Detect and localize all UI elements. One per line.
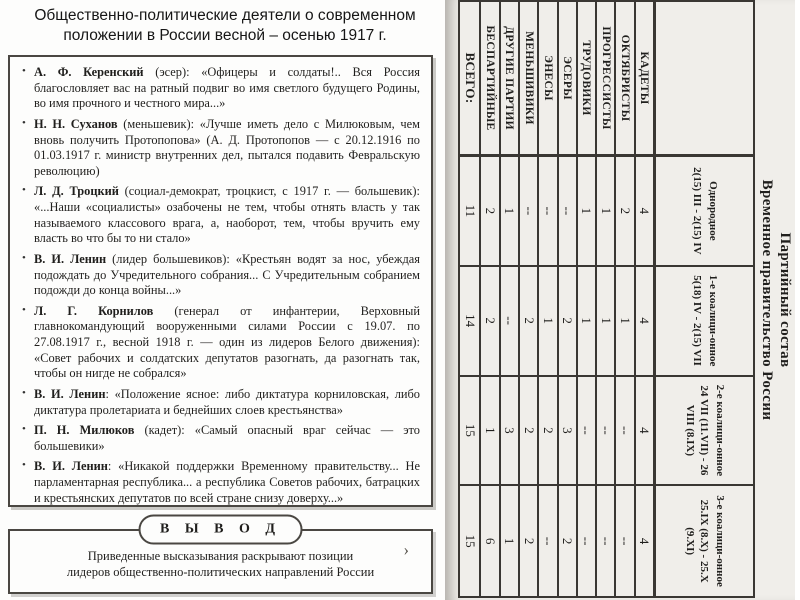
quote-item: П. Н. Милюков (кадет): «Самый опасный вр… [22,423,420,454]
value-cell: 3 [557,377,576,487]
table-corner-cell [653,2,753,157]
period-header-cell: 2-е коалици-онное 24 VII (11.VII) - 26 V… [653,377,753,487]
value-cell: 4 [634,157,653,267]
value-cell: 1 [537,267,556,377]
period-name: 2-е коалици-онное [713,385,726,477]
value-cell: 14 [460,267,479,377]
speaker-name: П. Н. Милюков [34,423,134,437]
value-cell: 6 [479,486,498,596]
conclusion-label: В Ы В О Д [138,515,303,545]
quote-item: Н. Н. Суханов (меньшевик): «Лучше иметь … [22,117,420,180]
quote-item: А. Ф. Керенский (эсер): «Офицеры и солда… [22,65,420,112]
conclusion-line1: Приведенные высказывания раскрывают пози… [10,548,431,564]
value-cell: 11 [460,157,479,267]
value-cell: 2 [614,157,633,267]
value-cell: -- [595,486,614,596]
value-cell: 1 [595,267,614,377]
speaker-name: Н. Н. Суханов [34,117,118,131]
conclusion-text: Приведенные высказывания раскрывают пози… [10,548,431,581]
rotated-table-inner: Партийный состав Временное правительство… [458,0,794,600]
value-cell: 4 [634,267,653,377]
speaker-name: А. Ф. Керенский [34,65,144,79]
value-cell: 1 [595,157,614,267]
conclusion-box: В Ы В О Д Приведенные высказывания раскр… [8,529,433,594]
brace-mark: › [403,540,409,560]
period-name: 3-е коалици-онное [713,495,726,587]
speaker-name: В. И. Ленин [34,252,106,266]
party-name-cell: ОКТЯБРИСТЫ [614,2,633,157]
value-cell: 1 [499,486,518,596]
value-cell: 1 [479,377,498,487]
party-name-cell: ТРУДОВИКИ [576,2,595,157]
period-name: 1-е коалици-онное [706,275,719,367]
quote-item: В. И. Ленин: «Никакой поддержки Временно… [22,459,420,506]
value-cell: 2 [479,157,498,267]
slide-screenshot: Общественно-политические деятели о совре… [0,0,800,600]
value-cell: 1 [576,157,595,267]
party-name-cell: ЭСЕРЫ [557,2,576,157]
value-cell: 1 [614,267,633,377]
speaker-name: Л. Г. Корнилов [34,304,153,318]
period-dates: 25.IX (8.X) - 25.X (9.XI) [683,490,709,592]
party-name-cell: МЕНЬШИВИКИ [518,2,537,157]
speaker-name: В. И. Ленин [34,459,108,473]
value-cell: -- [499,267,518,377]
party-name-cell-total: ВСЕГО: [460,2,479,157]
value-cell: 15 [460,486,479,596]
period-dates: 24 VII (11.VII) - 26 VIII (8.IX) [683,381,709,481]
value-cell: 1 [499,157,518,267]
value-cell: 2 [537,377,556,487]
quote-item: Л. Д. Троцкий (социал-демократ, троцкист… [22,184,420,247]
quote-item: В. И. Ленин (лидер большевиков): «Кресть… [22,252,420,299]
conclusion-line2: лидеров общественно-политических направл… [10,564,431,580]
value-cell: 2 [518,267,537,377]
value-cell: 15 [460,377,479,487]
party-name-cell: ДРУГИЕ ПАРТИИ [499,2,518,157]
slide-title-line2: положении в России весной – осенью 1917 … [0,26,450,46]
table-page-title-main: Временное правительство России [758,0,776,600]
period-dates: 5(18) IV - 2(15) VII [690,275,703,366]
slide-title-line1: Общественно-политические деятели о совре… [0,6,450,26]
table-page-subtitle: Партийный состав [776,0,794,600]
value-cell: -- [595,377,614,487]
value-cell: -- [614,377,633,487]
rotated-table-area: Партийный состав Временное правительство… [458,0,795,600]
value-cell: -- [537,157,556,267]
period-name: Однородное [706,181,719,240]
party-name-cell: ЭНЕСЫ [537,2,556,157]
period-header-cell: 3-е коалици-онное 25.IX (8.X) - 25.X (9.… [653,486,753,596]
party-composition-table: Однородное 2(15) III - 2(15) IV 1-е коал… [458,0,755,598]
table-page-title: Партийный состав Временное правительство… [758,0,794,600]
value-cell: 3 [499,377,518,487]
period-dates: 2(15) III - 2(15) IV [690,167,703,254]
period-header-cell: 1-е коалици-онное 5(18) IV - 2(15) VII [653,267,753,377]
value-cell: -- [614,486,633,596]
value-cell: 4 [634,377,653,487]
party-name-cell: БЕСПАРТИЙНЫЕ [479,2,498,157]
value-cell: 2 [518,377,537,487]
quote-item: В. И. Ленин: «Положение ясное: либо дикт… [22,387,420,418]
value-cell: 2 [557,486,576,596]
value-cell: 4 [634,486,653,596]
quotes-box: А. Ф. Керенский (эсер): «Офицеры и солда… [8,55,433,507]
speaker-name: В. И. Ленин [34,387,105,401]
value-cell: -- [576,377,595,487]
party-name-cell: КАДЕТЫ [634,2,653,157]
value-cell: 2 [479,267,498,377]
slide-left-panel: Общественно-политические деятели о совре… [0,0,445,600]
value-cell: -- [557,157,576,267]
value-cell: 2 [518,486,537,596]
value-cell: -- [537,486,556,596]
party-name-cell: ПРОГРЕССИСТЫ [595,2,614,157]
period-header-cell: Однородное 2(15) III - 2(15) IV [653,157,753,267]
value-cell: 1 [576,267,595,377]
slide-title: Общественно-политические деятели о совре… [0,6,450,46]
speaker-name: Л. Д. Троцкий [34,184,119,198]
value-cell: -- [576,486,595,596]
quote-item: Л. Г. Корнилов (генерал от инфантерии, В… [22,304,420,382]
value-cell: -- [518,157,537,267]
value-cell: 2 [557,267,576,377]
